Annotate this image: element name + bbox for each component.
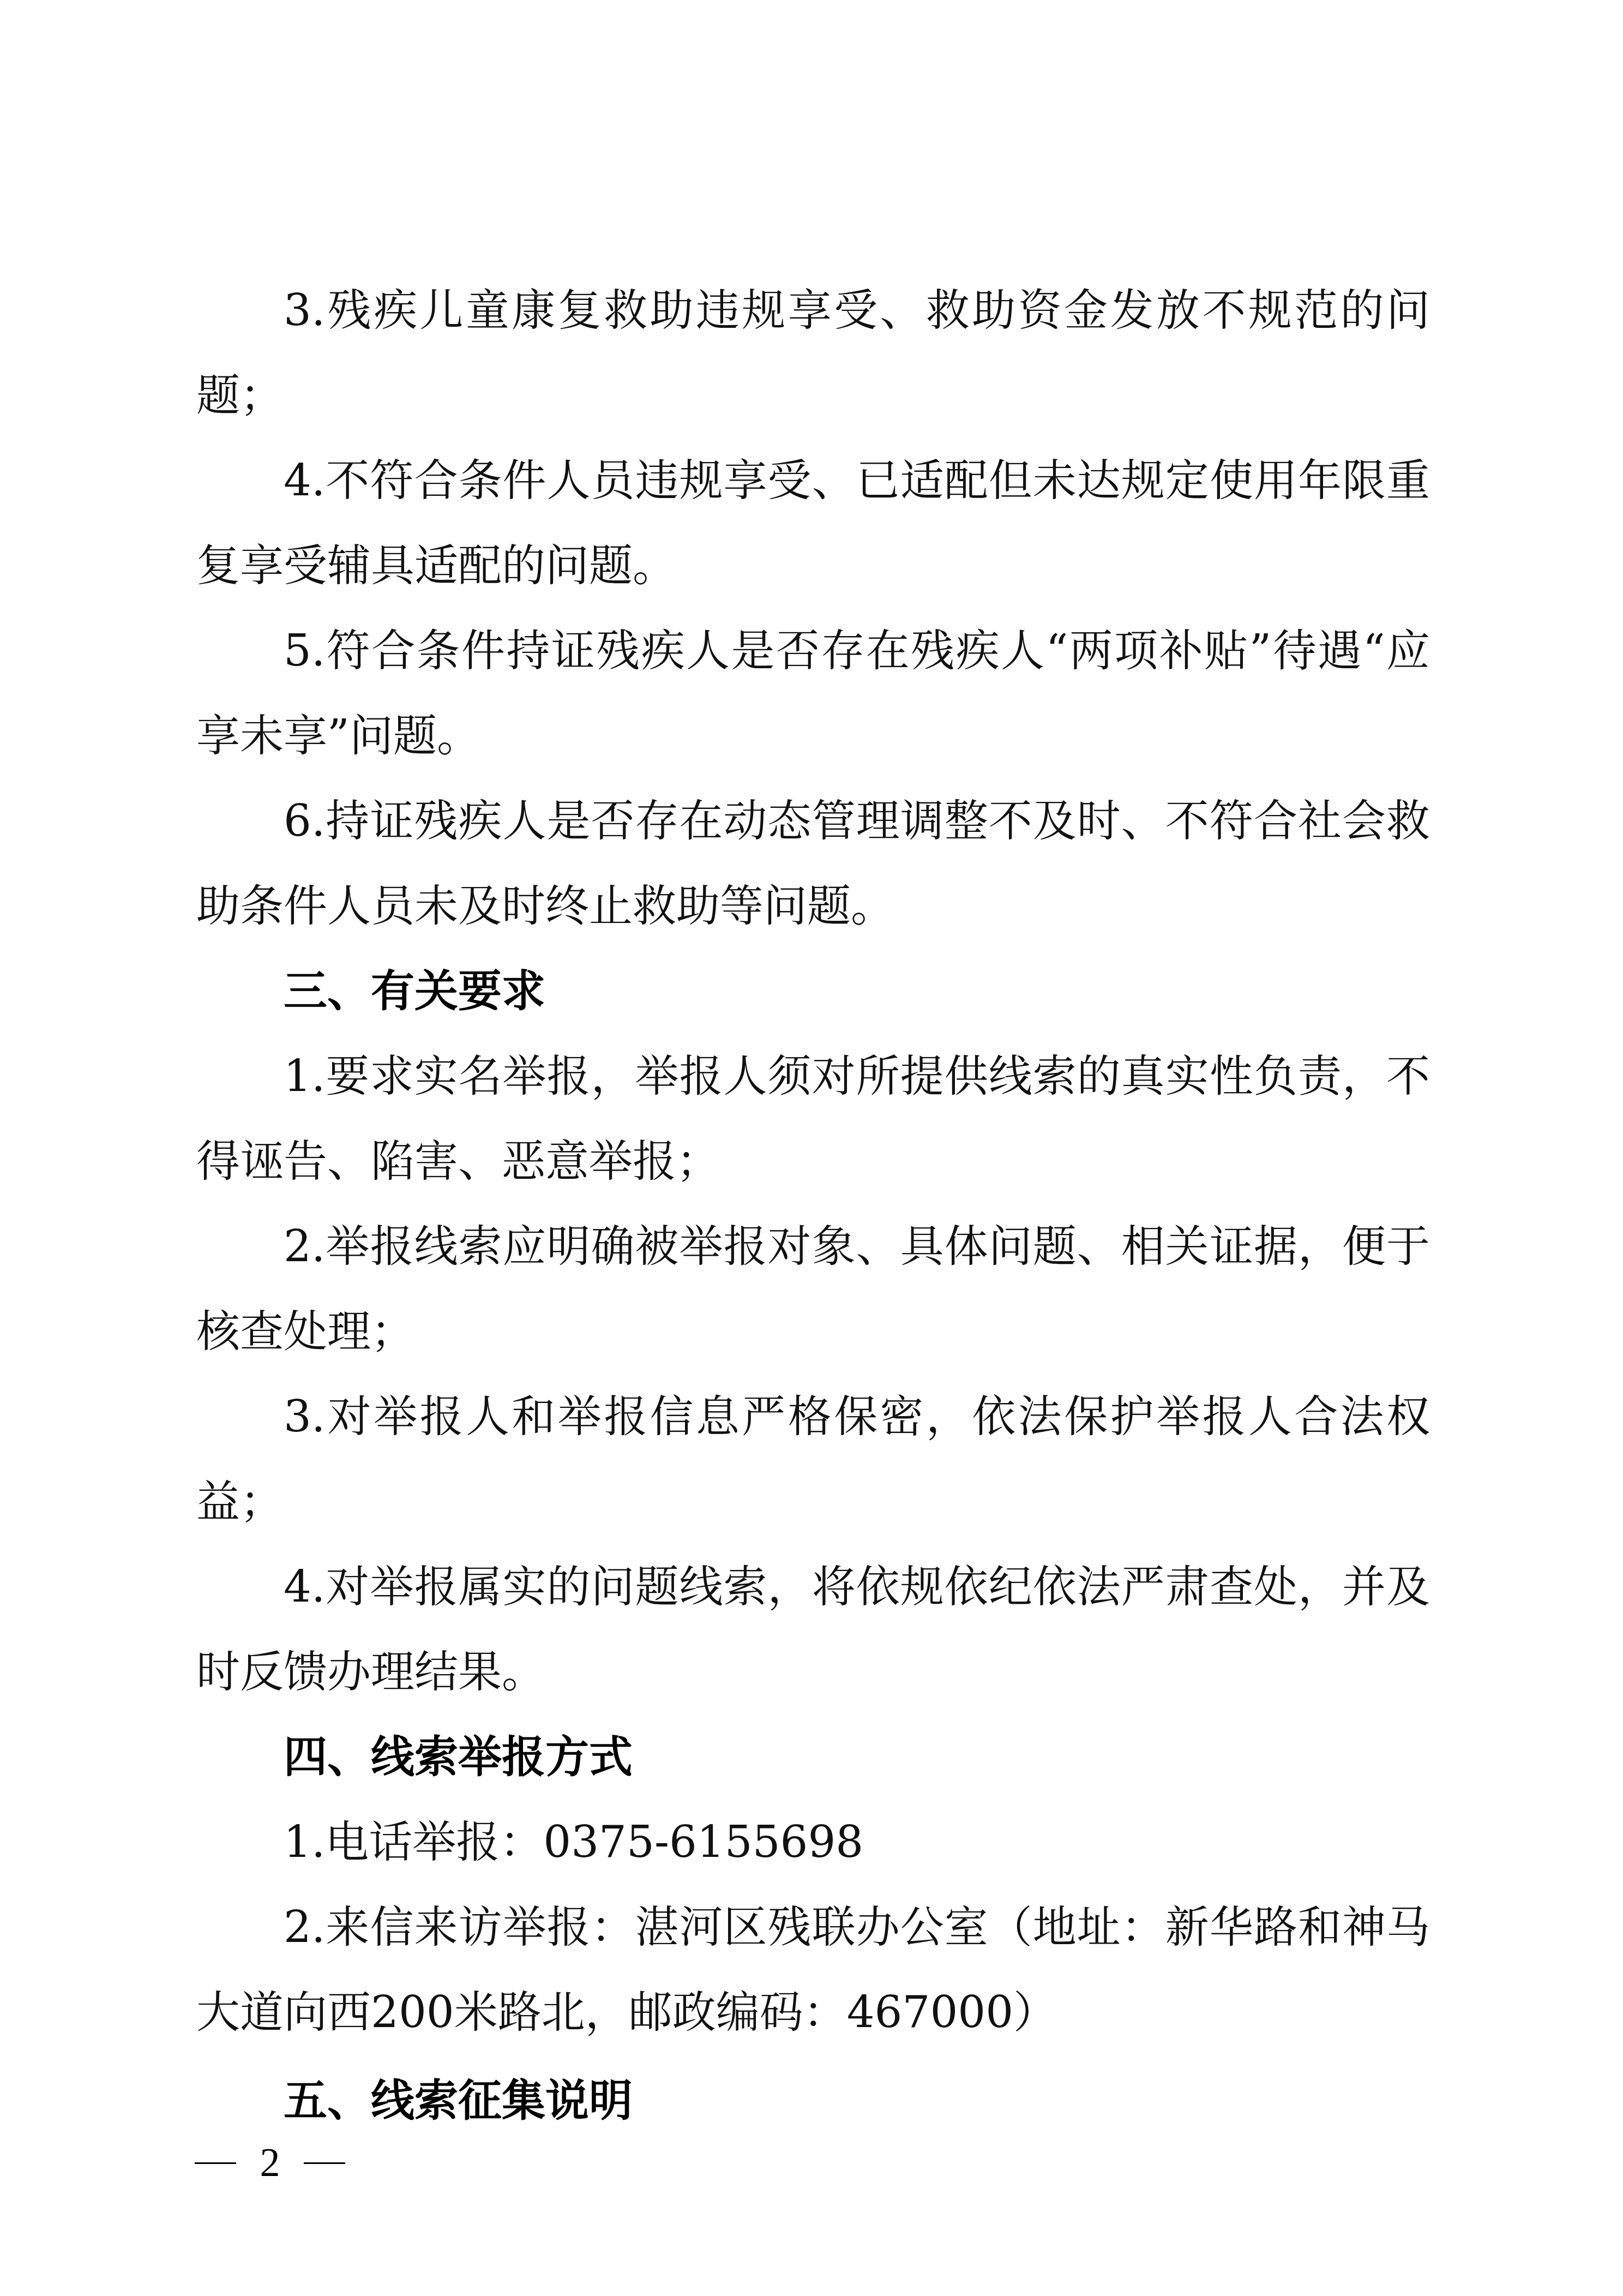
- list-item-5-two-subsidies: 5.符合条件持证残疾人是否存在残疾人“两项补贴”待遇“应享未享”问题。: [196, 608, 1430, 778]
- document-page: 3.残疾儿童康复救助违规享受、救助资金发放不规范的问题； 4.不符合条件人员违规…: [0, 0, 1623, 2296]
- list-item-4-assistive-devices: 4.不符合条件人员违规享受、已适配但未达规定使用年限重复享受辅具适配的问题。: [196, 438, 1430, 608]
- section-heading-report-methods: 四、线索举报方式: [196, 1714, 1430, 1800]
- list-item-6-dynamic-management: 6.持证残疾人是否存在动态管理调整不及时、不符合社会救助条件人员未及时终止救助等…: [196, 778, 1430, 949]
- page-number-dash-right: [304, 2162, 345, 2164]
- page-number-footer: 2: [195, 2141, 345, 2185]
- report-method-phone: 1.电话举报：0375-6155698: [196, 1800, 1430, 1885]
- requirement-3-confidentiality: 3.对举报人和举报信息严格保密，依法保护举报人合法权益；: [196, 1374, 1430, 1544]
- report-method-letter-visit: 2.来信来访举报：湛河区残联办公室（地址：新华路和神马大道向西200米路北，邮政…: [196, 1885, 1430, 2055]
- requirement-2-clue-details: 2.举报线索应明确被举报对象、具体问题、相关证据，便于核查处理；: [196, 1204, 1430, 1374]
- section-heading-collection-notes: 五、线索征集说明: [196, 2058, 1430, 2143]
- requirement-4-handling: 4.对举报属实的问题线索，将依规依纪依法严肃查处，并及时反馈办理结果。: [196, 1544, 1430, 1714]
- section-heading-requirements: 三、有关要求: [196, 949, 1430, 1034]
- page-number: 2: [236, 2140, 304, 2186]
- document-body: 3.残疾儿童康复救助违规享受、救助资金发放不规范的问题； 4.不符合条件人员违规…: [196, 268, 1430, 2143]
- page-number-dash-left: [195, 2162, 236, 2164]
- list-item-3-child-rehab-aid: 3.残疾儿童康复救助违规享受、救助资金发放不规范的问题；: [196, 268, 1430, 438]
- requirement-1-real-name: 1.要求实名举报，举报人须对所提供线索的真实性负责，不得诬告、陷害、恶意举报；: [196, 1034, 1430, 1204]
